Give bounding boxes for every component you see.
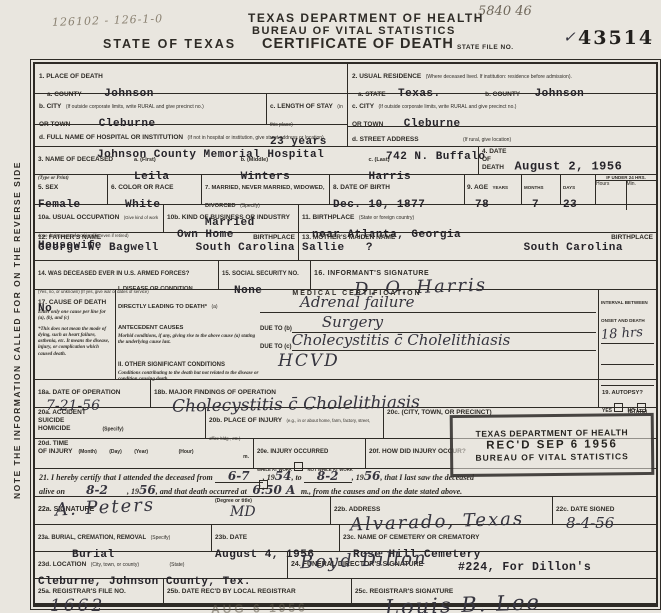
occupation-cell: 10a. USUAL OCCUPATION (Give kind of work… [35,205,163,232]
state-heading: STATE OF TEXAS [103,37,236,51]
sex-label: 5. SEX [38,184,58,191]
informant-label: 16. INFORMANT'S SIGNATURE [314,270,429,277]
burial-type-label: 23a. BURIAL, CREMATION, REMOVAL [38,535,146,541]
mother-birthplace-label: BIRTHPLACE [611,234,653,242]
burial-type-cell: 23a. BURIAL, CREMATION, REMOVAL (Specify… [35,525,211,551]
mother-cell: 13. MOTHER'S MAIDEN NAME BIRTHPLACE Sall… [298,233,656,260]
certify-alive-on: 8-2 [67,484,127,497]
last-name-label: c. (Last) [368,157,389,163]
mother-label: 13. MOTHER'S MAIDEN NAME [302,234,395,242]
cemetery-label: 23c. NAME OF CEMETERY OR CREMATORY [343,534,479,541]
certify-seg1: 21. I hereby certify that I attended the… [39,473,213,482]
row-stats: 5. SEX Female 6. COLOR OR RACE White 7. … [35,174,656,204]
pencil-annotation: 126102 - 126-1-0 [52,12,164,29]
year-label: (Year) [134,449,148,455]
operation-findings-cell: 18b. MAJOR FINDINGS OF OPERATION Cholecy… [150,380,598,407]
cause-a-sub: (a) [211,304,217,310]
birthplace-label: 11. BIRTHPLACE [302,214,354,221]
operation-date-label: 18a. DATE OF OPERATION [38,389,120,396]
registrar-date-label: 25b. DATE REC'D BY LOCAL REGISTRAR [167,588,296,595]
residence-title-note: (Where deceased lived. If institution: r… [426,74,572,80]
registrar-file-cell: 25a. REGISTRAR'S FILE NO. 1662 [35,579,163,607]
antecedent-note: Morbid conditions, if any, giving rise t… [118,334,260,347]
registrar-date-cell: 25b. DATE REC'D BY LOCAL REGISTRAR AUG 6… [163,579,351,607]
age-months-col: MONTHS 7 [521,175,560,204]
received-stamp-line1: TEXAS DEPARTMENT OF HEALTH [476,427,629,439]
father-birthplace-label: BIRTHPLACE [253,234,295,242]
cause-label: 17. CAUSE OF DEATH [38,299,106,306]
dob-cell: 8. DATE OF BIRTH Dec. 10, 1877 [329,175,464,204]
row-registrar: 25a. REGISTRAR'S FILE NO. 1662 25b. DATE… [35,578,656,607]
place-county-cell: 1. PLACE OF DEATH a. COUNTY Johnson [35,64,347,93]
time-of-injury-label: 20d. TIME OF INJURY [38,440,74,456]
race-label: 6. COLOR OR RACE [111,184,173,191]
file-no-checkmark: ✓ [563,30,576,45]
cause-a-label1: I. DISEASE OR CONDITION [118,286,193,292]
residence-county-value: Johnson [535,88,585,100]
physician-signature-cell: 22a. SIGNATURE (Degree or title) A. Pete… [35,497,330,524]
place-city-cell: b. CITY (If outside corporate limits, wr… [35,94,266,124]
row-name: 3. NAME OF DECEASED (Type or Print) a. (… [35,146,656,174]
accident-label: 20a. ACCIDENT SUICIDE HOMICIDE [38,409,98,433]
other-conditions-value: HCVD [278,351,340,371]
certify-seg4: , 19 [352,473,364,482]
antecedent-block: ANTECEDENT CAUSES Morbid conditions, if … [118,316,596,351]
age-label: 9. AGE [467,184,488,191]
physician-address-cell: 22b. ADDRESS Alvarado, Texas [330,497,552,524]
due-to-c-label: DUE TO (c) [260,344,292,352]
registrar-file-value: 1662 [50,598,160,613]
physician-signature: A. Peters [55,496,156,519]
received-stamp-line3: BUREAU OF VITAL STATISTICS [475,451,628,463]
cemetery-cell: 23c. NAME OF CEMETERY OR CREMATORY Rose … [339,525,656,551]
residence-city-cell: c. CITY (If outside corporate limits, wr… [348,93,656,126]
certify-seg5b: alive on [39,487,65,496]
row-cause: 17. CAUSE OF DEATH Enter only one cause … [35,289,656,379]
place-city-row: b. CITY (If outside corporate limits, wr… [35,93,347,124]
age-days-col: DAYS 23 [560,175,595,204]
father-label: 12. FATHER'S NAME [38,234,101,242]
hour-label: (Hour) [179,449,194,455]
certify-seg7: , and that death occurred at [156,487,247,496]
interval-value: 18 hrs [601,325,655,342]
age-months-label: MONTHS [524,185,544,190]
certificate-title: CERTIFICATE OF DEATH [262,36,454,52]
accident-note: (Specify) [102,426,123,432]
place-title: 1. PLACE OF DEATH [39,73,103,80]
time-of-injury-cell: 20d. TIME OF INJURY (Month) (Day) (Year)… [35,439,253,468]
residence-state-county-cell: 2. USUAL RESIDENCE (Where deceased lived… [348,64,656,93]
marital-cell: 7. MARRIED, NEVER MARRIED, WIDOWED, DIVO… [201,175,329,204]
burial-location-state-note: (State) [169,562,184,568]
funeral-director-signature: Boyd Dillon [300,550,428,572]
street-note: (If rural, give location) [463,137,511,143]
other-conditions-label: II. OTHER SIGNIFICANT CONDITIONS [118,362,225,368]
cause-a-value: Adrenal failure [300,293,414,311]
date-of-death-value: August 2, 1956 [514,159,622,173]
day-label: (Day) [109,449,122,455]
residence-city-label: c. CITY [352,103,374,110]
hospital-note: (If not in hospital or institution, give… [188,135,324,141]
meridiem-label: m. [243,454,249,460]
informant-cell: 16. INFORMANT'S SIGNATURE D. O. Harris [310,261,656,289]
age-days-label: DAYS [563,185,575,190]
operation-date-cell: 18a. DATE OF OPERATION 7-21-56 [35,380,150,407]
date-of-death-label: 4. DATE OF DEATH [482,148,510,172]
certificate-form: 1. PLACE OF DEATH a. COUNTY Johnson b. C… [33,62,658,607]
place-city-note: (If outside corporate limits, write RURA… [66,104,204,110]
row-operation: 18a. DATE OF OPERATION 7-21-56 18b. MAJO… [35,379,656,407]
birthplace-cell: 11. BIRTHPLACE (State or foreign country… [298,205,656,232]
place-of-injury-label: 20b. PLACE OF INJURY [209,417,282,424]
name-label-cell: 3. NAME OF DECEASED (Type or Print) [35,147,131,174]
row-physician: 22a. SIGNATURE (Degree or title) A. Pete… [35,496,656,524]
stay-label: c. LENGTH OF STAY [270,103,333,110]
autopsy-cell: 19. AUTOPSY? YES NO [598,380,656,407]
race-cell: 6. COLOR OR RACE White [107,175,201,204]
due-to-b-label: DUE TO (b) [260,326,292,334]
mother-value: Sallie ? [302,242,373,254]
while-at-work-label: WHILE AT WORK [257,467,292,472]
length-of-stay-cell: c. LENGTH OF STAY (in this place) 23 yea… [266,94,347,124]
not-while-at-work-label: NOT WHILE AT WORK [308,467,353,472]
residence-or-town-label: OR TOWN [352,121,383,128]
usual-residence-block: 2. USUAL RESIDENCE (Where deceased lived… [347,64,656,146]
date-of-death-cell: 4. DATE OF DEATH August 2, 1956 [478,147,656,174]
medical-certification-block: MEDICAL CERTIFICATION I. DISEASE OR COND… [115,290,598,379]
date-received-stamp: AUG 6 1956 [211,600,348,613]
burial-date-cell: 23b. DATE August 4, 1956 [211,525,339,551]
accident-cell: 20a. ACCIDENT SUICIDE HOMICIDE (Specify) [35,408,205,438]
interval-label: INTERVAL BETWEEN ONSET AND DEATH [601,300,648,323]
date-signed-label: 22c. DATE SIGNED [556,506,614,513]
row-place-residence: 1. PLACE OF DEATH a. COUNTY Johnson b. C… [35,64,656,146]
name-fields: a. (First) Leila b. (Middle) Winters c. … [131,147,478,174]
burial-location-label: 23d. LOCATION [38,561,86,568]
row-location-director: 23d. LOCATION (City, town, or county) (S… [35,551,656,578]
burial-type-note: (Specify) [151,535,171,541]
injury-occurred-cell: 20e. INJURY OCCURRED WHILE AT WORK NOT W… [253,439,365,468]
business-label: 10b. KIND OF BUSINESS OR INDUSTRY [167,214,290,221]
injury-occurred-label: 20e. INJURY OCCURRED [257,449,328,455]
dob-label: 8. DATE OF BIRTH [333,184,390,191]
age-under24-col: IF UNDER 24 HRS. Hours Min. [595,175,656,204]
cause-note1: Enter only one cause per line for (a), (… [38,310,112,323]
father-cell: 12. FATHER'S NAME BIRTHPLACE George W. B… [35,233,298,260]
certify-from: 6-7 [215,470,263,483]
father-value: George W. Bagwell [38,242,159,254]
street-label: d. STREET ADDRESS [352,136,419,143]
cause-margin-cell: 17. CAUSE OF DEATH Enter only one cause … [35,290,115,379]
occupation-label: 10a. USUAL OCCUPATION [38,214,119,221]
birthplace-note: (State or foreign country) [359,215,414,221]
reverse-side-note: NOTE THE INFORMATION CALLED FOR ON THE R… [6,70,28,590]
received-stamp: TEXAS DEPARTMENT OF HEALTH REC'D SEP 6 1… [450,413,655,477]
due-to-b-value: Surgery [322,313,383,331]
hospital-label: d. FULL NAME OF HOSPITAL OR INSTITUTION [39,134,183,141]
while-at-work-checkbox [294,462,303,471]
state-file-no-value: 43514 [578,27,654,49]
funeral-director-typed: #224, For Dillon's [458,561,591,574]
row-occupation: 10a. USUAL OCCUPATION (Give kind of work… [35,204,656,232]
burial-date-label: 23b. DATE [215,534,247,541]
name-first-cell: a. (First) Leila [134,148,241,173]
registrar-file-label: 25a. REGISTRAR'S FILE NO. [38,588,126,595]
first-name-label: a. (First) [134,157,156,163]
residence-title: 2. USUAL RESIDENCE [352,73,421,80]
place-of-death-block: 1. PLACE OF DEATH a. COUNTY Johnson b. C… [35,64,347,146]
autopsy-label: 19. AUTOPSY? [602,390,643,396]
sex-cell: 5. SEX Female [35,175,107,204]
name-middle-cell: b. (Middle) Winters [241,148,369,173]
physician-degree: MD [230,505,256,519]
antecedent-label: ANTECEDENT CAUSES [118,325,183,331]
place-city-label: b. CITY [39,103,61,110]
other-conditions-block: II. OTHER SIGNIFICANT CONDITIONS Conditi… [118,353,596,384]
due-to-c-line: Cholecystitis c̄ Cholelithiasis DUE TO (… [260,333,596,351]
father-birthplace-value: South Carolina [196,242,295,254]
place-of-injury-cell: 20b. PLACE OF INJURY (e.g., in or about … [205,408,383,438]
state-file-no-label: STATE FILE NO. [457,44,514,51]
age-cell: 9. AGE YEARS 78 MONTHS 7 DAYS 23 IF UNDE… [464,175,656,204]
date-signed-cell: 22c. DATE SIGNED 8-4-56 [552,497,656,524]
cause-a-label2: DIRECTLY LEADING TO DEATH* [118,304,207,310]
interval-cell: INTERVAL BETWEEN ONSET AND DEATH 18 hrs [598,290,656,379]
registrar-signature-cell: 25c. REGISTRAR'S SIGNATURE Louis B. Lee [351,579,656,607]
month-label: (Month) [78,449,96,455]
interval-rule-2 [601,344,654,365]
business-cell: 10b. KIND OF BUSINESS OR INDUSTRY Own Ho… [163,205,298,232]
age-years-label: YEARS [493,185,509,190]
pencil-annotation-right: 5840 46 [478,4,532,19]
age-years-col: 9. AGE YEARS 78 [465,175,521,204]
certify-year2: 56 [364,469,381,483]
cause-note2: *This does not mean the mode of dying, s… [38,327,112,358]
burial-location-note: (City, town, or county) [91,562,139,568]
burial-location-cell: 23d. LOCATION (City, town, or county) (S… [35,552,287,578]
residence-city-note: (If outside corporate limits, write RURA… [379,104,517,110]
row-burial: 23a. BURIAL, CREMATION, REMOVAL (Specify… [35,524,656,551]
certify-seg8: m., from the causes and on the date stat… [301,487,462,496]
due-to-c-value: Cholecystitis c̄ Cholelithiasis [292,331,511,349]
name-last-cell: c. (Last) Harris [368,148,475,173]
row-parents: 12. FATHER'S NAME BIRTHPLACE George W. B… [35,232,656,260]
physician-address-label: 22b. ADDRESS [334,506,380,513]
middle-name-label: b. (Middle) [241,157,269,163]
name-label: 3. NAME OF DECEASED [38,156,113,163]
mother-birthplace-value: South Carolina [524,242,623,254]
agency-name: TEXAS DEPARTMENT OF HEALTH [248,11,484,25]
not-while-at-work-checkbox [259,480,268,489]
received-stamp-line2: REC'D SEP 6 1956 [486,438,618,451]
funeral-director-cell: 24. FUNERAL DIRECTOR'S SIGNATURE Boyd Di… [287,552,656,578]
cause-line-a: I. DISEASE OR CONDITION DIRECTLY LEADING… [118,297,596,313]
